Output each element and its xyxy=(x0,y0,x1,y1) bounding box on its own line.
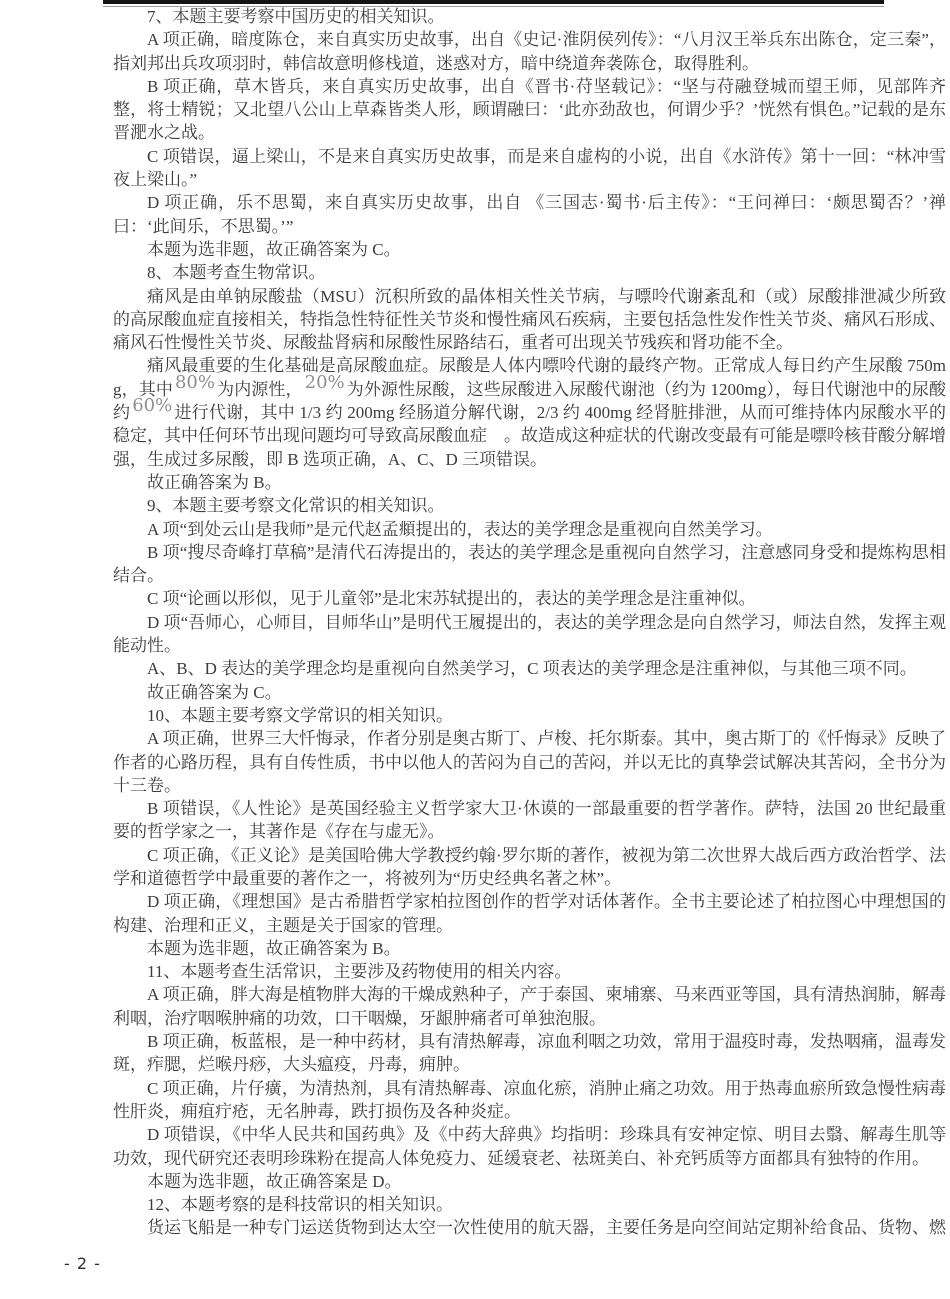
paragraph: 7、本题主要考察中国历史的相关知识。 xyxy=(113,5,946,28)
paragraph: C 项正确，片仔癀，为清热剂，具有清热解毒、凉血化瘀，消肿止痛之功效。用于热毒血… xyxy=(113,1077,946,1124)
percent-superscript: 60% xyxy=(130,395,174,416)
text-run: C 项“论画以形似，见于儿童邻”是北宋苏轼提出的，表达的美学理念是注重神似。 xyxy=(147,589,756,608)
paragraph: B 项“搜尽奇峰打草稿”是清代石涛提出的，表达的美学理念是重视向自然学习，注意感… xyxy=(113,541,946,588)
paragraph: A、B、D 表达的美学理念均是重视向自然美学习，C 项表达的美学理念是注重神似，… xyxy=(113,657,946,680)
text-run: 货运飞船是一种专门运送货物到达太空一次性使用的航天器，主要任务是向空间站定期补给… xyxy=(147,1218,946,1237)
document-body: 7、本题主要考察中国历史的相关知识。A 项正确，暗度陈仓，来自真实历史故事，出自… xyxy=(113,5,946,1240)
paragraph: B 项错误，《人性论》是英国经验主义哲学家大卫·休谟的一部最重要的哲学著作。萨特… xyxy=(113,797,946,844)
percent-superscript: 80% xyxy=(173,372,217,393)
text-run: D 项正确，乐不思蜀，来自真实历史故事，出自 《三国志·蜀书·后主传》：“王问禅… xyxy=(113,193,946,235)
text-run: 7、本题主要考察中国历史的相关知识。 xyxy=(147,7,445,26)
page-number: - 2 - xyxy=(64,1254,101,1273)
paragraph: D 项正确，《理想国》是古希腊哲学家柏拉图创作的哲学对话体著作。全书主要论述了柏… xyxy=(113,890,946,937)
text-run: C 项正确，片仔癀，为清热剂，具有清热解毒、凉血化瘀，消肿止痛之功效。用于热毒血… xyxy=(113,1079,946,1121)
page-top-border xyxy=(103,0,884,4)
text-run: D 项错误，《中华人民共和国药典》及《中药大辞典》均指明：珍珠具有安神定惊、明目… xyxy=(113,1125,946,1167)
paragraph: C 项错误，逼上梁山，不是来自真实历史故事，而是来自虚构的小说，出自《水浒传》第… xyxy=(113,145,946,192)
text-run: 9、本题主要考察文化常识的相关知识。 xyxy=(147,496,445,515)
text-run: 本题为选非题，故正确答案为 C。 xyxy=(147,240,401,259)
text-run: A 项正确，暗度陈仓，来自真实历史故事，出自《史记·淮阴侯列传》：“八月汉王举兵… xyxy=(113,30,946,72)
paragraph: C 项正确，《正义论》是美国哈佛大学教授约翰·罗尔斯的著作，被视为第二次世界大战… xyxy=(113,844,946,891)
paragraph: D 项正确，乐不思蜀，来自真实历史故事，出自 《三国志·蜀书·后主传》：“王问禅… xyxy=(113,191,946,238)
paragraph: A 项正确，胖大海是植物胖大海的干燥成熟种子，产于泰国、柬埔寨、马来西亚等国，具… xyxy=(113,983,946,1030)
paragraph: A 项“到处云山是我师”是元代赵孟頫提出的，表达的美学理念是重视向自然美学习。 xyxy=(113,518,946,541)
text-run: D 项正确，《理想国》是古希腊哲学家柏拉图创作的哲学对话体著作。全书主要论述了柏… xyxy=(113,892,946,934)
text-run: D 项“吾师心，心师目，目师华山”是明代王履提出的，表达的美学理念是向自然学习，… xyxy=(113,613,946,655)
paragraph: A 项正确，世界三大忏悔录，作者分别是奥古斯丁、卢梭、托尔斯泰。其中，奥古斯丁的… xyxy=(113,727,946,797)
paragraph: D 项“吾师心，心师目，目师华山”是明代王履提出的，表达的美学理念是向自然学习，… xyxy=(113,611,946,658)
text-run: C 项错误，逼上梁山，不是来自真实历史故事，而是来自虚构的小说，出自《水浒传》第… xyxy=(113,147,946,189)
text-run: 8、本题考查生物常识。 xyxy=(147,263,326,282)
text-run: 痛风是由单钠尿酸盐（MSU）沉积所致的晶体相关性关节病，与嘌呤代谢紊乱和（或）尿… xyxy=(113,287,946,353)
paragraph: 本题为选非题，故正确答案为 B。 xyxy=(113,937,946,960)
paragraph: 9、本题主要考察文化常识的相关知识。 xyxy=(113,494,946,517)
text-run: A 项“到处云山是我师”是元代赵孟頫提出的，表达的美学理念是重视向自然美学习。 xyxy=(147,520,773,539)
text-run: B 项“搜尽奇峰打草稿”是清代石涛提出的，表达的美学理念是重视向自然学习，注意感… xyxy=(113,543,946,585)
percent-superscript: 20% xyxy=(303,372,347,393)
paragraph: C 项“论画以形似，见于儿童邻”是北宋苏轼提出的，表达的美学理念是注重神似。 xyxy=(113,587,946,610)
text-run: C 项正确，《正义论》是美国哈佛大学教授约翰·罗尔斯的著作，被视为第二次世界大战… xyxy=(113,846,946,888)
paragraph: 本题为选非题，故正确答案为 C。 xyxy=(113,238,946,261)
paragraph: B 项正确，板蓝根，是一种中药材，具有清热解毒，凉血利咽之功效，常用于温疫时毒，… xyxy=(113,1030,946,1077)
text-run: A 项正确，胖大海是植物胖大海的干燥成熟种子，产于泰国、柬埔寨、马来西亚等国，具… xyxy=(113,985,946,1027)
text-run: 故正确答案为 C。 xyxy=(147,683,282,702)
paragraph: 8、本题考查生物常识。 xyxy=(113,261,946,284)
paragraph: A 项正确，暗度陈仓，来自真实历史故事，出自《史记·淮阴侯列传》：“八月汉王举兵… xyxy=(113,28,946,75)
paragraph: 痛风最重要的生化基础是高尿酸血症。尿酸是人体内嘌呤代谢的最终产物。正常成人每日约… xyxy=(113,354,946,470)
paragraph: 货运飞船是一种专门运送货物到达太空一次性使用的航天器，主要任务是向空间站定期补给… xyxy=(113,1216,946,1239)
text-run: 本题为选非题，故正确答案为 B。 xyxy=(147,939,401,958)
paragraph: 故正确答案为 B。 xyxy=(113,471,946,494)
text-run: 10、本题主要考察文学常识的相关知识。 xyxy=(147,706,453,725)
text-run: 11、本题考查生活常识，主要涉及药物使用的相关内容。 xyxy=(147,962,571,981)
paragraph: 10、本题主要考察文学常识的相关知识。 xyxy=(113,704,946,727)
text-run: B 项正确，草木皆兵，来自真实历史故事，出自《晋书·苻坚载记》：“坚与苻融登城而… xyxy=(113,77,946,143)
document-page: 7、本题主要考察中国历史的相关知识。A 项正确，暗度陈仓，来自真实历史故事，出自… xyxy=(0,0,950,1299)
text-run: 12、本题考察的是科技常识的相关知识。 xyxy=(147,1195,453,1214)
paragraph: 痛风是由单钠尿酸盐（MSU）沉积所致的晶体相关性关节病，与嘌呤代谢紊乱和（或）尿… xyxy=(113,285,946,355)
paragraph: 故正确答案为 C。 xyxy=(113,681,946,704)
text-run: A 项正确，世界三大忏悔录，作者分别是奥古斯丁、卢梭、托尔斯泰。其中，奥古斯丁的… xyxy=(113,729,946,795)
text-run: 本题为选非题，故正确答案是 D。 xyxy=(147,1172,402,1191)
text-run: A、B、D 表达的美学理念均是重视向自然美学习，C 项表达的美学理念是注重神似，… xyxy=(147,659,917,678)
text-run: B 项错误，《人性论》是英国经验主义哲学家大卫·休谟的一部最重要的哲学著作。萨特… xyxy=(113,799,946,841)
paragraph: B 项正确，草木皆兵，来自真实历史故事，出自《晋书·苻坚载记》：“坚与苻融登城而… xyxy=(113,75,946,145)
paragraph: 12、本题考察的是科技常识的相关知识。 xyxy=(113,1193,946,1216)
text-run: 故正确答案为 B。 xyxy=(147,473,282,492)
text-run: B 项正确，板蓝根，是一种中药材，具有清热解毒，凉血利咽之功效，常用于温疫时毒，… xyxy=(113,1032,946,1074)
text-run: 为内源性， xyxy=(217,380,303,399)
paragraph: 本题为选非题，故正确答案是 D。 xyxy=(113,1170,946,1193)
paragraph: D 项错误，《中华人民共和国药典》及《中药大辞典》均指明：珍珠具有安神定惊、明目… xyxy=(113,1123,946,1170)
paragraph: 11、本题考查生活常识，主要涉及药物使用的相关内容。 xyxy=(113,960,946,983)
text-run: 进行代谢，其中 1/3 约 200mg 经肠道分解代谢，2/3 约 400mg … xyxy=(113,403,946,469)
